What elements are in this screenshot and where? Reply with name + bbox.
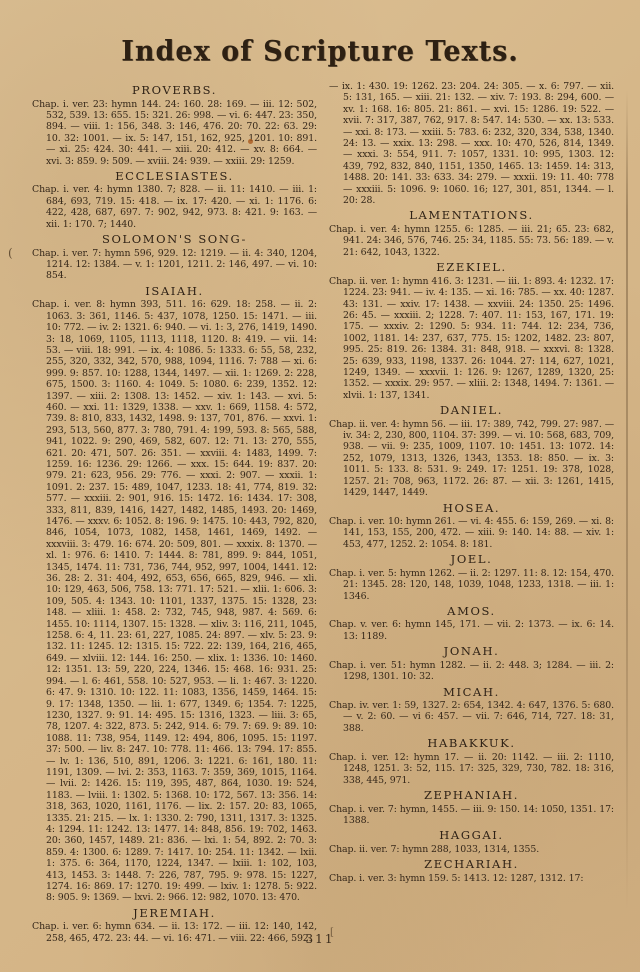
ink-artifact-left: ( xyxy=(8,246,13,260)
section-body-haggai: Chap. ii. ver. 7: hymn 288, 1033, 1314, … xyxy=(329,844,614,855)
section-body-joel: Chap. i. ver. 5: hymn 1262. — ii. 2: 129… xyxy=(329,568,614,602)
section-heading-isaiah: ISAIAH. xyxy=(32,285,317,298)
section-proverbs: PROVERBS. Chap. i. ver. 23: hymn 144. 24… xyxy=(32,84,317,167)
section-jeremiah: JEREMIAH. Chap. i. ver. 6: hymn 634. — i… xyxy=(32,907,317,944)
paper-stain xyxy=(248,139,253,144)
section-jeremiah-continued: — ix. 1: 430. 19: 1262. 23: 204. 24: 305… xyxy=(329,81,614,206)
section-body-amos: Chap. v. ver. 6: hymn 145, 171. — vii. 2… xyxy=(329,619,614,642)
section-joel: JOEL. Chap. i. ver. 5: hymn 1262. — ii. … xyxy=(329,553,614,602)
book-page: Index of Scripture Texts. PROVERBS. Chap… xyxy=(0,0,640,972)
section-micah: MICAH. Chap. iv. ver. 1: 59, 1327. 2: 65… xyxy=(329,686,614,735)
section-heading-micah: MICAH. xyxy=(329,686,614,699)
section-heading-lamentations: LAMENTATIONS. xyxy=(329,209,614,222)
section-body-jeremiah-continued: — ix. 1: 430. 19: 1262. 23: 204. 24: 305… xyxy=(329,81,614,206)
section-solomons-song: SOLOMON'S SONG- Chap. i. ver. 7: hymn 59… xyxy=(32,233,317,282)
section-heading-habakkuk: HABAKKUK. xyxy=(329,737,614,750)
section-jonah: JONAH. Chap. i. ver. 51: hymn 1282. — ii… xyxy=(329,645,614,682)
section-body-zechariah: Chap. i. ver. 3: hymn 159. 5: 1413. 12: … xyxy=(329,873,614,884)
section-body-proverbs: Chap. i. ver. 23: hymn 144. 24: 160. 28:… xyxy=(32,99,317,167)
section-heading-jonah: JONAH. xyxy=(329,645,614,658)
section-body-micah: Chap. iv. ver. 1: 59, 1327. 2: 654, 1342… xyxy=(329,700,614,734)
section-isaiah: ISAIAH. Chap. i. ver. 8: hymn 393, 511. … xyxy=(32,285,317,904)
section-body-hosea: Chap. i. ver. 10: hymn 261. — vi. 4: 455… xyxy=(329,516,614,550)
section-heading-amos: AMOS. xyxy=(329,605,614,618)
section-heading-zechariah: ZECHARIAH. xyxy=(329,858,614,871)
section-body-jeremiah: Chap. i. ver. 6: hymn 634. — ii. 13: 172… xyxy=(32,921,317,944)
section-heading-haggai: HAGGAI. xyxy=(329,829,614,842)
section-body-habakkuk: Chap. i. ver. 12: hymn 17. — ii. 20: 114… xyxy=(329,752,614,786)
section-ezekiel: EZEKIEL. Chap. ii. ver. 1: hymn 416. 3: … xyxy=(329,261,614,401)
section-heading-ezekiel: EZEKIEL. xyxy=(329,261,614,274)
section-body-lamentations: Chap. i. ver. 4: hymn 1255. 6: 1285. — i… xyxy=(329,224,614,258)
section-heading-hosea: HOSEA. xyxy=(329,502,614,515)
section-body-ezekiel: Chap. ii. ver. 1: hymn 416. 3: 1231. — i… xyxy=(329,276,614,401)
section-heading-proverbs: PROVERBS. xyxy=(32,84,317,97)
section-heading-zephaniah: ZEPHANIAH. xyxy=(329,789,614,802)
index-columns: PROVERBS. Chap. i. ver. 23: hymn 144. 24… xyxy=(0,81,640,946)
section-body-isaiah: Chap. i. ver. 8: hymn 393, 511. 16: 629.… xyxy=(32,299,317,904)
section-body-solomons-song: Chap. i. ver. 7: hymn 596, 929. 12: 1219… xyxy=(32,248,317,282)
section-body-jonah: Chap. i. ver. 51: hymn 1282. — ii. 2: 44… xyxy=(329,660,614,683)
section-body-daniel: Chap. ii. ver. 4: hymn 56. — iii. 17: 38… xyxy=(329,419,614,499)
section-zechariah: ZECHARIAH. Chap. i. ver. 3: hymn 159. 5:… xyxy=(329,858,614,884)
section-heading-joel: JOEL. xyxy=(329,553,614,566)
section-body-zephaniah: Chap. i. ver. 7: hymn, 1455. — iii. 9: 1… xyxy=(329,804,614,827)
section-hosea: HOSEA. Chap. i. ver. 10: hymn 261. — vi.… xyxy=(329,502,614,551)
page-title: Index of Scripture Texts. xyxy=(0,35,640,67)
section-haggai: HAGGAI. Chap. ii. ver. 7: hymn 288, 1033… xyxy=(329,829,614,855)
section-heading-solomons-song: SOLOMON'S SONG- xyxy=(32,233,317,246)
section-habakkuk: HABAKKUK. Chap. i. ver. 12: hymn 17. — i… xyxy=(329,737,614,786)
section-daniel: DANIEL. Chap. ii. ver. 4: hymn 56. — iii… xyxy=(329,404,614,498)
page-edge-crease xyxy=(626,90,628,912)
right-column: — ix. 1: 430. 19: 1262. 23: 204. 24: 305… xyxy=(329,81,614,946)
left-column: PROVERBS. Chap. i. ver. 23: hymn 144. 24… xyxy=(32,81,317,946)
section-amos: AMOS. Chap. v. ver. 6: hymn 145, 171. — … xyxy=(329,605,614,642)
ink-artifact-bottom: [ xyxy=(330,927,334,938)
section-ecclesiastes: ECCLESIASTES. Chap. i. ver. 4: hymn 1380… xyxy=(32,170,317,230)
section-heading-daniel: DANIEL. xyxy=(329,404,614,417)
section-zephaniah: ZEPHANIAH. Chap. i. ver. 7: hymn, 1455. … xyxy=(329,789,614,826)
section-heading-ecclesiastes: ECCLESIASTES. xyxy=(32,170,317,183)
section-lamentations: LAMENTATIONS. Chap. i. ver. 4: hymn 1255… xyxy=(329,209,614,258)
section-body-ecclesiastes: Chap. i. ver. 4: hymn 1380. 7; 828. — ii… xyxy=(32,184,317,230)
section-heading-jeremiah: JEREMIAH. xyxy=(32,907,317,920)
